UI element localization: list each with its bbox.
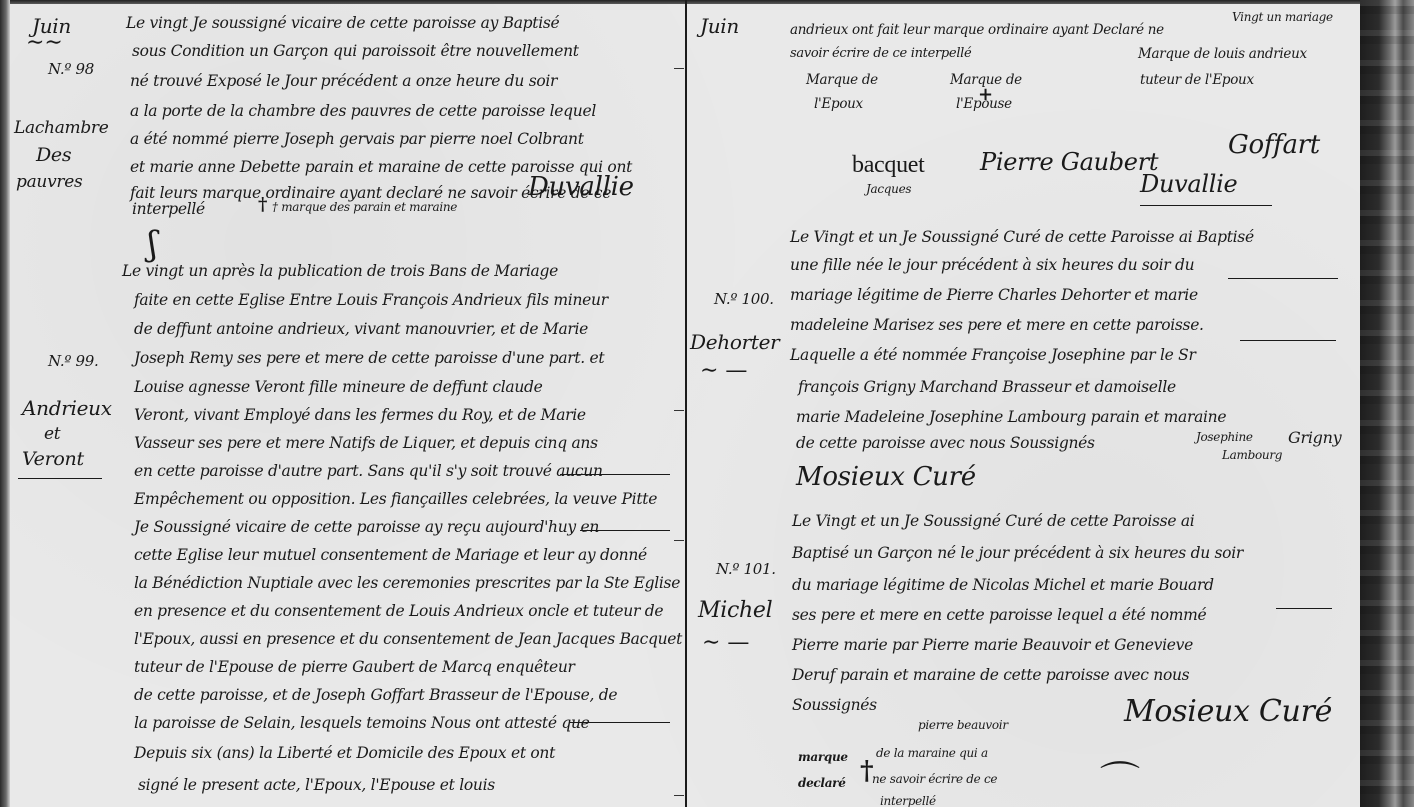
entry-98-margin-name-1: Lachambre xyxy=(14,118,109,138)
signature-underline xyxy=(1140,205,1272,206)
text-line: en presence et du consentement de Louis … xyxy=(134,602,663,620)
signature-flourish: ⌒ xyxy=(1100,750,1140,807)
book-binding-edge xyxy=(1360,0,1414,807)
line-fill-rule xyxy=(1240,340,1336,341)
gutter-tick xyxy=(674,795,684,796)
text-line: Soussignés xyxy=(792,696,877,714)
mark-note-3: declaré xyxy=(798,776,846,790)
text-line: andrieux ont fait leur marque ordinaire … xyxy=(790,22,1164,38)
signature-duvallie: Duvallie xyxy=(528,172,634,202)
godparent-signature-josephine: Josephine xyxy=(1196,430,1253,444)
text-line: Joseph Remy ses pere et mere de cette pa… xyxy=(134,349,604,367)
groom-mark-label: Marque de xyxy=(806,72,878,88)
entry-number-98: N.º 98 xyxy=(48,60,94,78)
entry-100-margin-name: Dehorter xyxy=(690,330,779,354)
mark-note-1: marque xyxy=(798,750,848,764)
text-line: a été nommé pierre Joseph gervais par pi… xyxy=(130,130,584,148)
flourish-decoration: ∼ — xyxy=(702,630,749,655)
text-line: l'Epoux, aussi en presence et du consent… xyxy=(134,630,682,648)
gutter-tick xyxy=(674,540,684,541)
text-line: de cette paroisse, et de Joseph Goffart … xyxy=(134,686,617,704)
signature-bacquet: bacquet xyxy=(852,152,925,179)
text-line: la Bénédiction Nuptiale avec les ceremon… xyxy=(134,574,680,592)
text-line: Empêchement ou opposition. Les fiançaill… xyxy=(134,490,657,508)
godfather-signature: pierre beauvoir xyxy=(918,718,1008,732)
godparent-signature-grigny: Grigny xyxy=(1288,428,1341,447)
line-fill-rule xyxy=(560,474,670,475)
text-line: la paroisse de Selain, lesquels temoins … xyxy=(134,714,590,732)
text-line: madeleine Marisez ses pere et mere en ce… xyxy=(790,316,1204,334)
text-line: marie Madeleine Josephine Lambourg parai… xyxy=(796,408,1226,426)
entry-98-margin-name-3: pauvres xyxy=(16,172,82,192)
signature-goffart: Goffart xyxy=(1228,130,1320,160)
priest-signature: Mosieux Curé xyxy=(796,462,976,492)
mark-note-5: interpellé xyxy=(880,794,936,807)
text-line: Deruf parain et maraine de cette paroiss… xyxy=(792,666,1189,684)
gutter-tick xyxy=(674,410,684,411)
text-line: savoir écrire de ce interpellé xyxy=(790,46,971,61)
page-gutter-line xyxy=(685,0,687,807)
tutor-mark-label: Marque de louis andrieux xyxy=(1138,46,1307,62)
mark-note: † marque des parain et maraine xyxy=(272,200,457,214)
entry-99-margin-name-3: Veront xyxy=(22,448,84,470)
text-line: de cette paroisse avec nous Soussignés xyxy=(796,434,1095,452)
text-line: Baptisé un Garçon né le jour précédent à… xyxy=(792,544,1243,562)
paragraph-mark-icon: ʃ xyxy=(148,224,157,264)
cross-mark-icon: † xyxy=(860,756,874,786)
text-line: Louise agnesse Veront fille mineure de d… xyxy=(134,378,543,396)
text-line: tuteur de l'Epouse de pierre Gaubert de … xyxy=(134,658,575,676)
text-line: faite en cette Eglise Entre Louis Franço… xyxy=(134,291,608,309)
line-fill-rule xyxy=(1276,608,1332,609)
cross-mark-icon: † xyxy=(258,194,267,215)
groom-mark-label-2: l'Epoux xyxy=(814,96,863,112)
text-line: Le Vingt et un Je Soussigné Curé de cett… xyxy=(790,228,1254,246)
line-fill-rule xyxy=(570,722,670,723)
gutter-tick xyxy=(674,68,684,69)
text-line: mariage légitime de Pierre Charles Dehor… xyxy=(790,286,1198,304)
scan-left-edge xyxy=(0,0,10,807)
text-line: Le vingt Je soussigné vicaire de cette p… xyxy=(126,14,559,32)
signature-pierre-gaubert: Pierre Gaubert xyxy=(980,148,1158,176)
flourish-decoration: ∼∼ xyxy=(26,30,63,55)
text-line: Le vingt un après la publication de troi… xyxy=(122,262,558,280)
text-line: une fille née le jour précédent à six he… xyxy=(790,256,1194,274)
mark-note-4: ne savoir écrire de ce xyxy=(872,772,997,786)
line-fill-rule xyxy=(580,530,670,531)
cross-mark-icon: + xyxy=(978,84,993,105)
month-marker-right: Juin xyxy=(700,14,739,38)
text-line: Le Vingt et un Je Soussigné Curé de cett… xyxy=(792,512,1194,530)
top-right-note: Vingt un mariage xyxy=(1232,10,1333,24)
text-line: de deffunt antoine andrieux, vivant mano… xyxy=(134,320,588,338)
signature-duvallie-2: Duvallie xyxy=(1140,170,1237,198)
signature-bacquet-sub: Jacques xyxy=(866,182,911,196)
text-line: ses pere et mere en cette paroisse leque… xyxy=(792,606,1206,624)
text-line: françois Grigny Marchand Brasseur et dam… xyxy=(798,378,1176,396)
text-line: en cette paroisse d'autre part. Sans qu'… xyxy=(134,462,603,480)
text-line: sous Condition un Garçon qui paroissoit … xyxy=(132,42,579,60)
text-line: signé le present acte, l'Epoux, l'Epouse… xyxy=(138,776,495,794)
entry-101-margin-name: Michel xyxy=(698,598,772,623)
godparent-signature-lambourg: Lambourg xyxy=(1222,448,1282,462)
text-line: né trouvé Exposé le Jour précédent a onz… xyxy=(130,72,557,90)
text-line: cette Eglise leur mutuel consentement de… xyxy=(134,546,647,564)
tutor-mark-label-2: tuteur de l'Epoux xyxy=(1140,72,1254,88)
text-line: Laquelle a été nommée Françoise Josephin… xyxy=(790,346,1196,364)
text-line: Je Soussigné vicaire de cette paroisse a… xyxy=(134,518,599,536)
text-line: Veront, vivant Employé dans les fermes d… xyxy=(134,406,586,424)
mark-note-2: de la maraine qui a xyxy=(876,746,988,760)
flourish-decoration: ∼ — xyxy=(700,358,747,383)
entry-98-margin-name-2: Des xyxy=(36,144,71,166)
text-line: Vasseur ses pere et mere Natifs de Lique… xyxy=(134,434,598,452)
entry-number-100: N.º 100. xyxy=(714,290,774,308)
text-line: du mariage légitime de Nicolas Michel et… xyxy=(792,576,1214,594)
entry-number-101: N.º 101. xyxy=(716,560,776,578)
entry-99-margin-name-2: et xyxy=(44,424,60,444)
entry-number-99: N.º 99. xyxy=(48,352,99,370)
priest-signature-2: Mosieux Curé xyxy=(1124,694,1332,729)
margin-underline xyxy=(18,478,102,479)
text-line: a la porte de la chambre des pauvres de … xyxy=(130,102,596,120)
text-line: Depuis six (ans) la Liberté et Domicile … xyxy=(134,744,555,762)
text-line: Pierre marie par Pierre marie Beauvoir e… xyxy=(792,636,1193,654)
line-fill-rule xyxy=(1228,278,1338,279)
entry-99-margin-name-1: Andrieux xyxy=(22,396,112,420)
text-line: interpellé xyxy=(132,200,205,218)
